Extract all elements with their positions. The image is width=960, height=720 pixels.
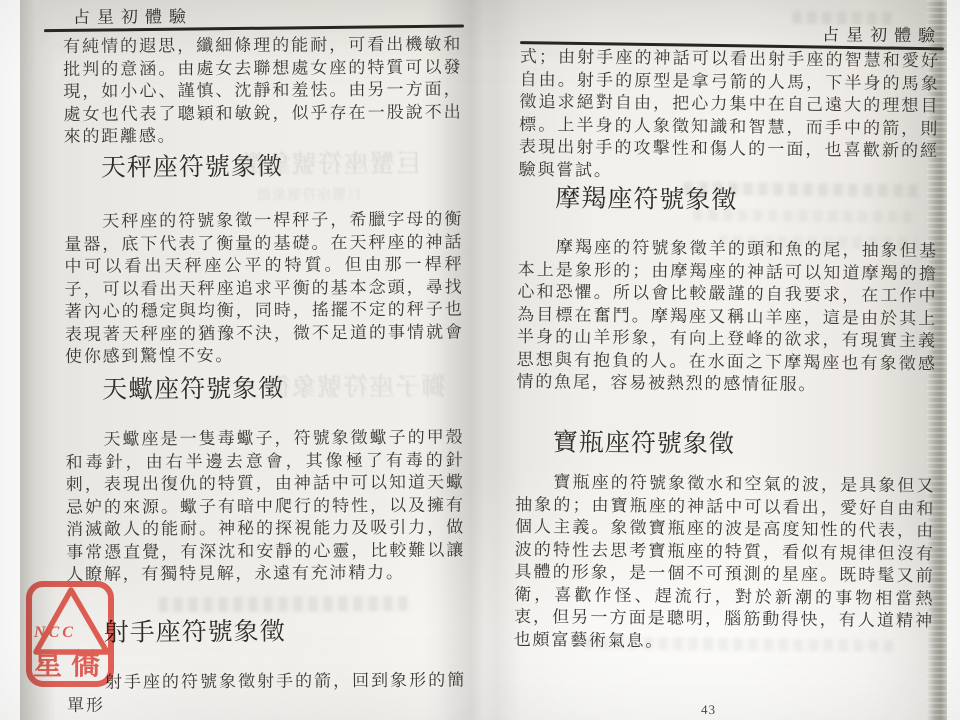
sagittarius-section-body: 射手座的符號象徵射手的箭，回到象形的簡單形 xyxy=(67,670,466,717)
sagittarius-section-heading: 射手座符號象徵 xyxy=(104,612,286,649)
page-number: 43 xyxy=(701,702,716,718)
book-photo: 占星初體驗 有純情的遐思，纖細條理的能耐，可看出機敏和批判的意涵。由處女去聯想處… xyxy=(0,0,960,720)
right-continued-paragraph: 式；由射手座的神話可以看出射手座的智慧和愛好自由。射手的原型是拿弓箭的人馬，下半… xyxy=(519,46,940,185)
libra-section-body: 天秤座的符號象徵一桿秤子，希臘字母的衡量器，底下代表了衡量的基礎。在天秤座的神話… xyxy=(64,209,464,369)
capricorn-section-body: 摩羯座的符號象徵羊的頭和魚的尾，抽象但基本上是象形的；由摩羯座的神話可以知道摩羯… xyxy=(516,236,938,398)
stamp-ncc-text: NCC xyxy=(34,624,76,642)
left-running-header: 占星初體驗 xyxy=(73,2,193,28)
right-page: 占星初體驗 式；由射手座的神話可以看出射手座的智慧和愛好自由。射手的原型是拿弓箭… xyxy=(483,0,960,720)
bleedthrough-smudge xyxy=(158,596,408,613)
aquarius-section-body: 寶瓶座的符號象徵水和空氣的波，是具象但又抽象的；由寶瓶座的神話中可以看出，愛好自… xyxy=(514,471,936,655)
libra-section-heading: 天秤座符號象徵 xyxy=(101,147,283,184)
left-continued-paragraph: 有純情的遐思，纖細條理的能耐，可看出機敏和批判的意涵。由處女去聯想處女座的特質可… xyxy=(63,34,463,149)
aquarius-section-heading: 寶瓶座符號象徵 xyxy=(553,422,735,460)
bleedthrough-ghost-heading: 獅子座符號象徵 xyxy=(264,367,446,404)
right-running-header: 占星初體驗 xyxy=(822,20,942,46)
scorpio-section-heading: 天蠍座符號象徵 xyxy=(102,369,284,406)
scorpio-section-body: 天蠍座是一隻毒蠍子，符號象徵蠍子的甲殼和毒針，由右半邊去意會，其像極了有毒的針刺… xyxy=(65,427,465,587)
bleedthrough-ghost-heading-small: 巨蟹座符號象徵 xyxy=(256,184,361,205)
capricorn-section-heading: 摩羯座符號象徵 xyxy=(555,178,737,216)
ncc-watermark-stamp: NCC 星僑 xyxy=(26,581,114,687)
stamp-name-text: 星僑 xyxy=(33,642,109,683)
